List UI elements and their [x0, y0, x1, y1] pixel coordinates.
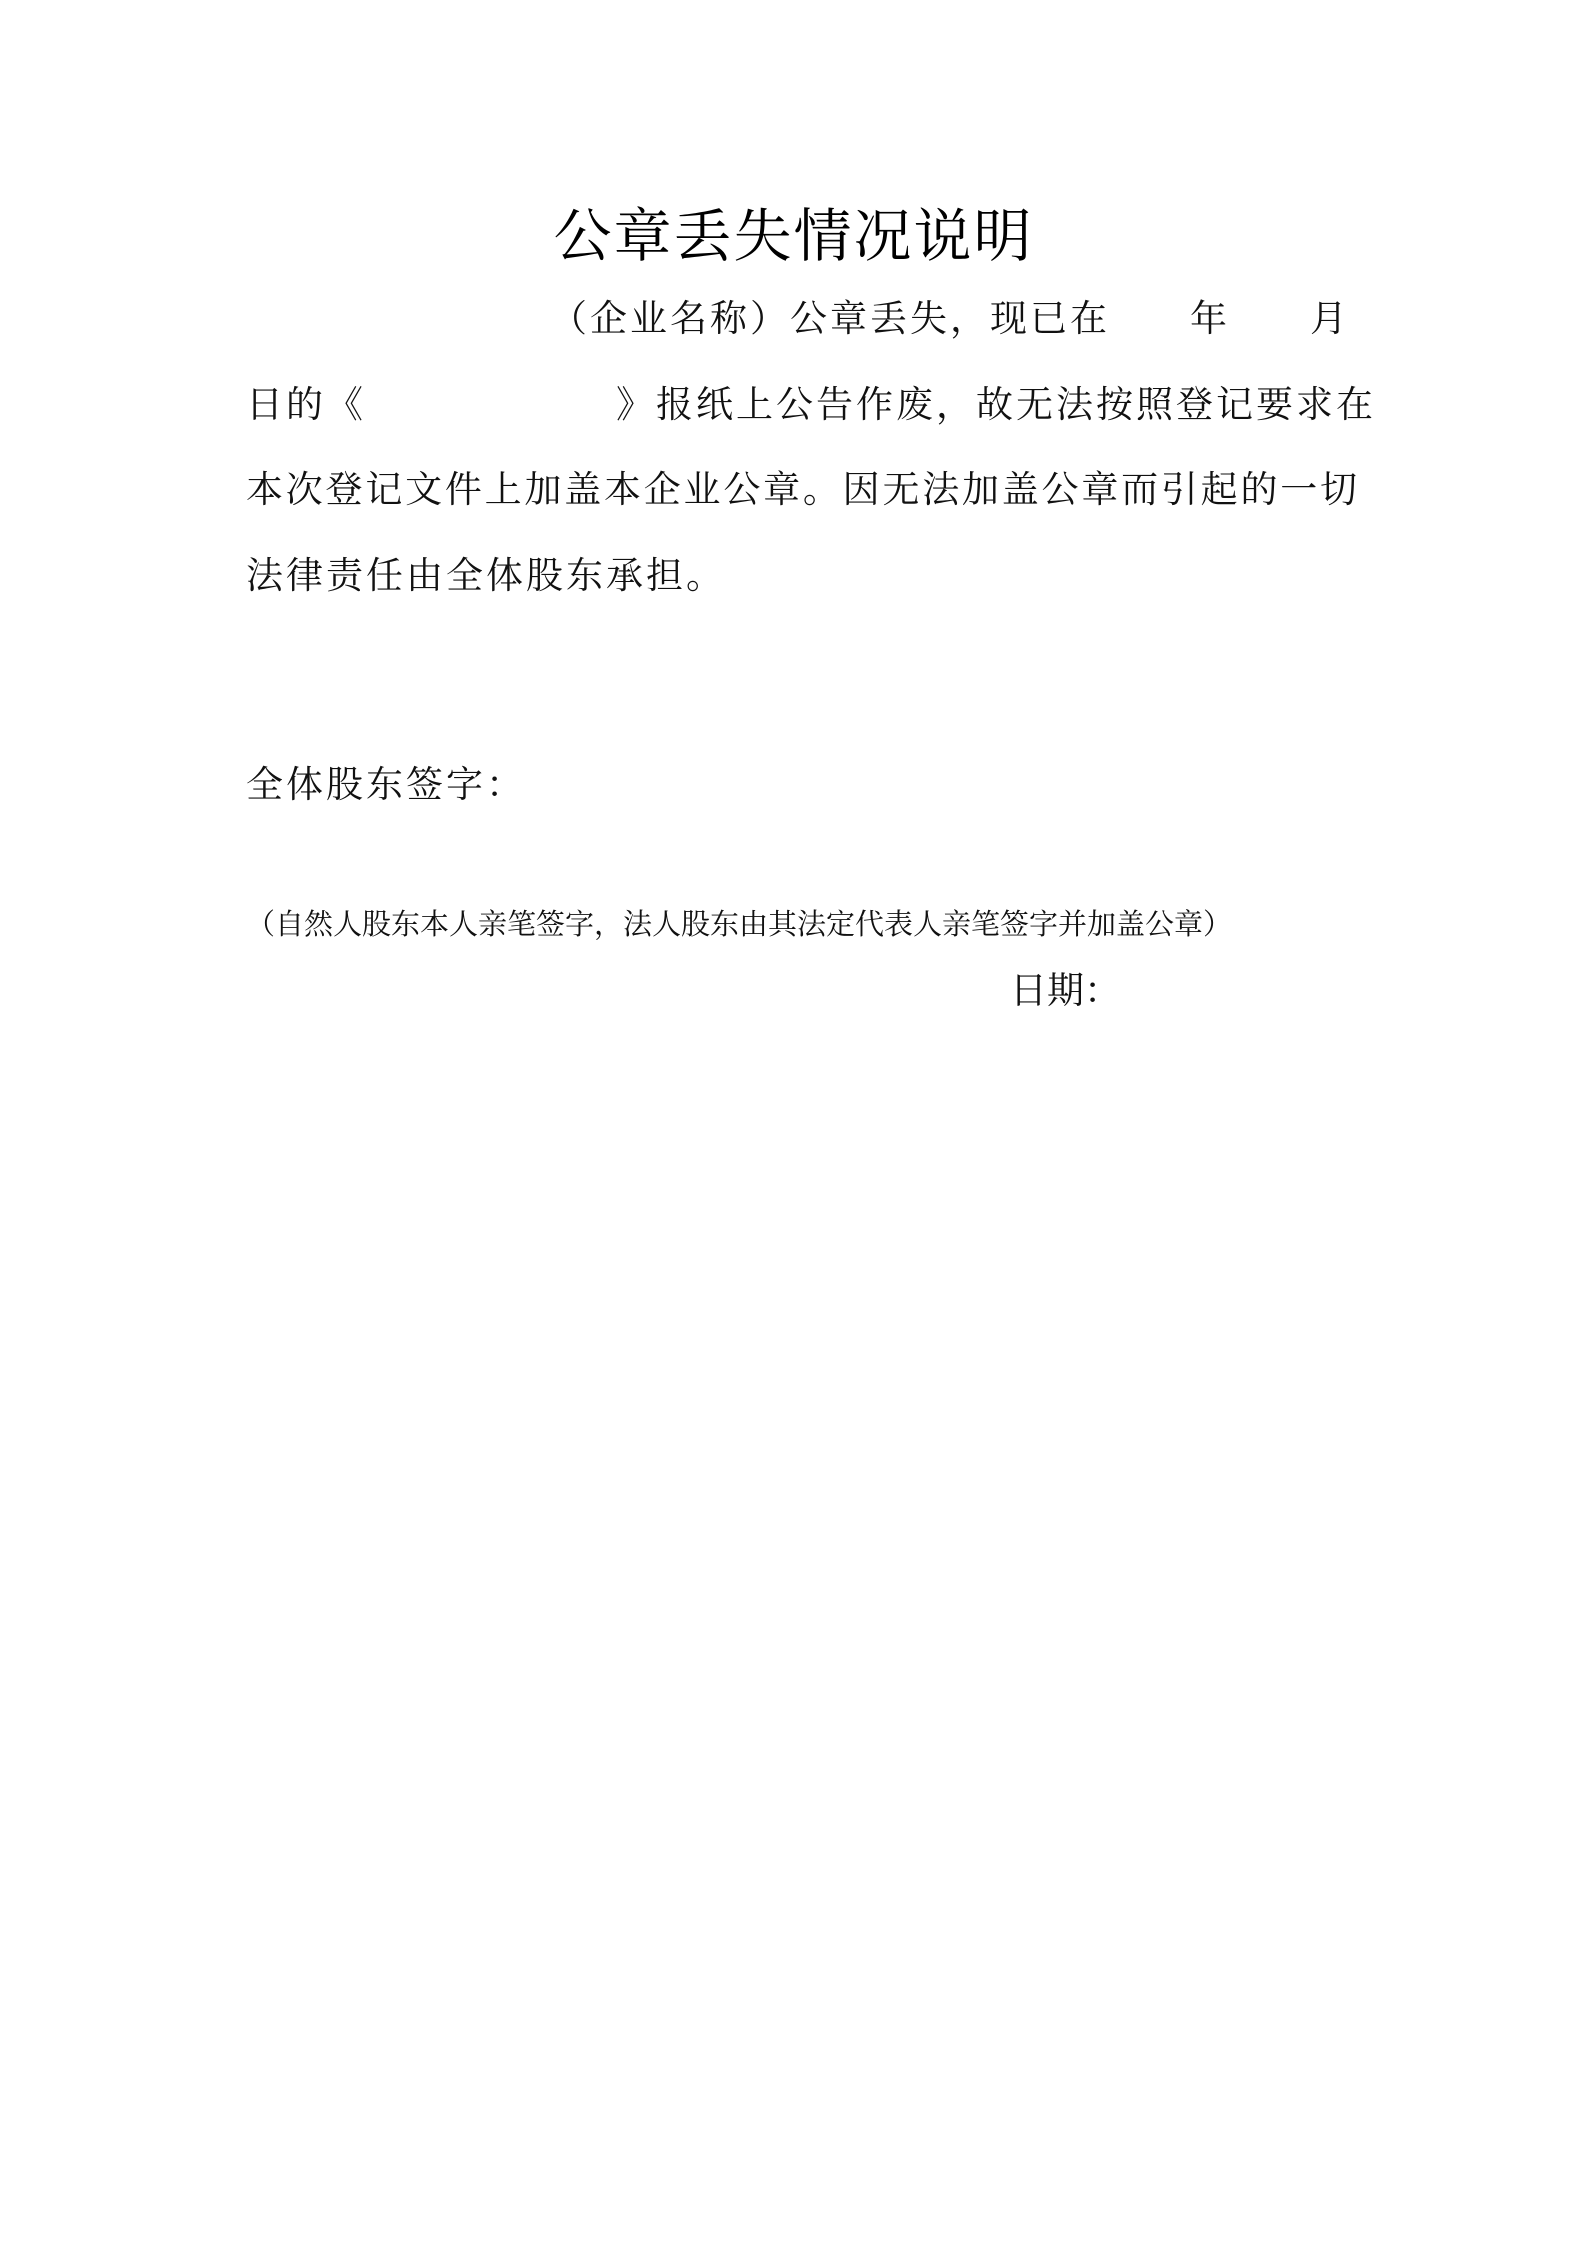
date-label: 日期：: [1010, 966, 1121, 1016]
body-line-3: 本次登记文件上加盖本企业公章。因无法加盖公章而引起的一切: [246, 465, 1358, 515]
body-line-2-suffix: 》报纸上公告作废，故无法按照登记要求在: [616, 383, 1376, 426]
signature-note: （自然人股东本人亲笔签字，法人股东由其法定代表人亲笔签字并加盖公章）: [246, 904, 1232, 944]
signature-label: 全体股东签字：: [246, 760, 526, 810]
document-page: 公章丢失情况说明 （企业名称）公章丢失，现已在 年 月 日的《》报纸上公告作废，…: [0, 0, 1587, 2245]
body-line-1: （企业名称）公章丢失，现已在 年 月: [0, 294, 1350, 344]
body-line-2: 日的《》报纸上公告作废，故无法按照登记要求在: [246, 380, 1358, 430]
document-title: 公章丢失情况说明: [0, 196, 1587, 276]
body-line-4: 法律责任由全体股东承担。: [246, 551, 726, 601]
body-line-2-prefix: 日的《: [246, 383, 366, 426]
